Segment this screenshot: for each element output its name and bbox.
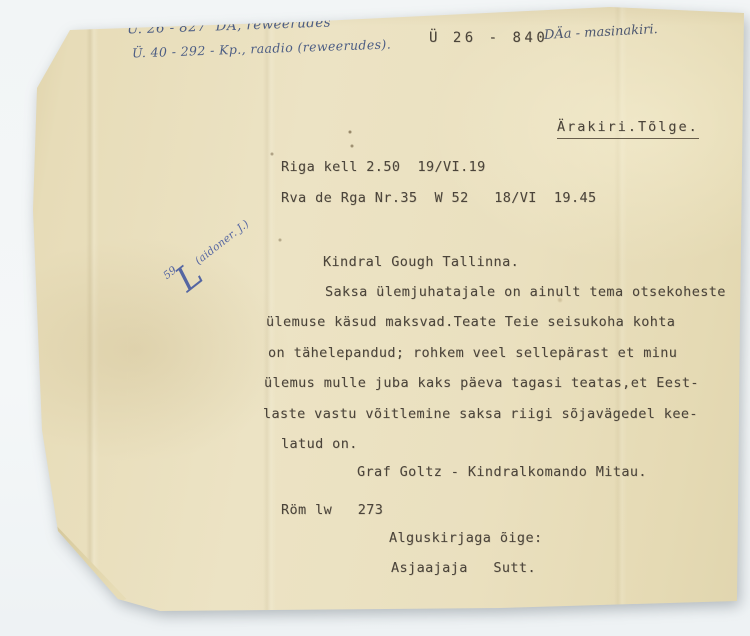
document-scan: Ü. 26 - 827 DÄ, reweerudes Ü. 40 - 292 -… xyxy=(0,0,750,636)
paper-sheet: Ü. 26 - 827 DÄ, reweerudes Ü. 40 - 292 -… xyxy=(0,0,750,636)
handwritten-margin-note: 59 L (aidoner. J.) xyxy=(163,198,302,325)
body-line: ülemus mulle juba kaks päeva tagasi teat… xyxy=(264,375,699,391)
telegram-route-line: Rva de Rga Nr.35 W 52 18/VI 19.45 xyxy=(281,190,597,206)
certification-line: Alguskirjaga õige: xyxy=(389,530,543,546)
telegram-origin-line: Riga kell 2.50 19/VI.19 xyxy=(281,159,486,175)
handwritten-registry-line-2: Ü. 40 - 292 - Kp., raadio (reweerudes). xyxy=(132,36,391,60)
clerk-signature-line: Asjaajaja Sutt. xyxy=(391,560,536,576)
handwritten-typescript-note: DÄa - masinakiri. xyxy=(544,22,658,43)
salutation-line: Kindral Gough Tallinna. xyxy=(323,254,519,270)
body-line: ülemuse käsud maksvad.Teate Teie seisuko… xyxy=(266,314,675,330)
document-heading: Ärakiri.Tõlge. xyxy=(557,119,699,139)
body-line: latud on. xyxy=(281,436,358,452)
body-line: laste vastu võitlemine saksa riigi sõjav… xyxy=(263,406,698,422)
body-line: on tähelepandud; rohkem veel sellepärast… xyxy=(268,345,677,361)
reference-line: Röm lw 273 xyxy=(281,502,383,518)
handwritten-registry-line-1: Ü. 26 - 827 DÄ, reweerudes xyxy=(127,14,331,37)
typed-document-number: Ü 26 - 840 xyxy=(429,30,548,46)
signature-line: Graf Goltz - Kindralkomando Mitau. xyxy=(357,464,647,480)
margin-note-name: (aidoner. J.) xyxy=(193,218,252,267)
body-line: Saksa ülemjuhatajale on ainult tema otse… xyxy=(325,284,726,300)
paper-fold-corner xyxy=(44,518,130,610)
